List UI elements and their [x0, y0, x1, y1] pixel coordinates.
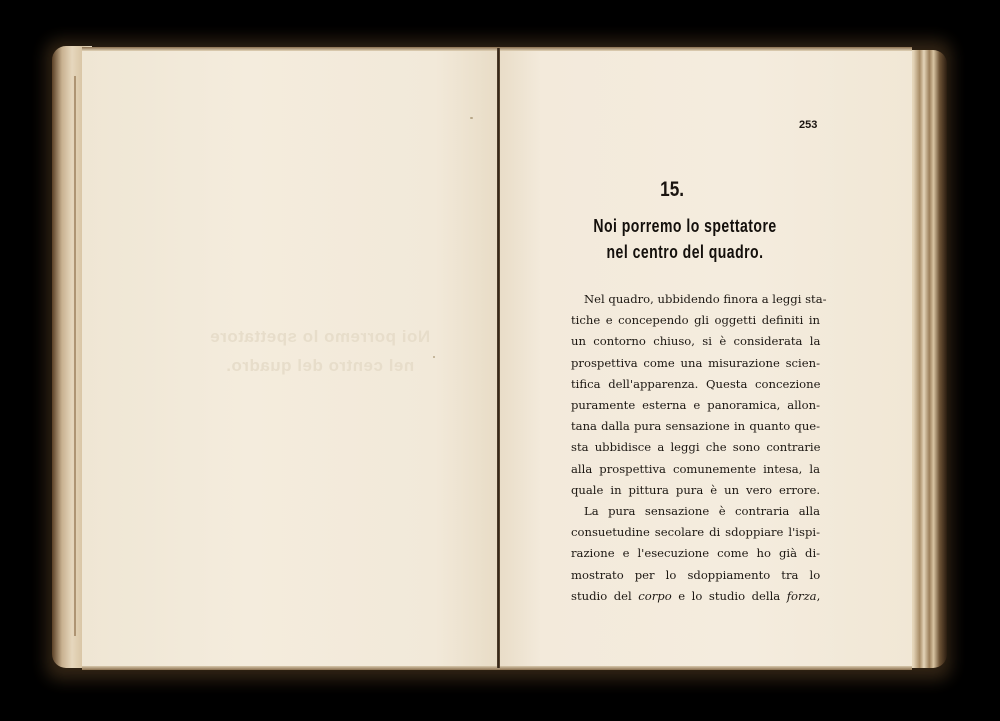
- text-fragment: e lo studio della: [672, 589, 787, 603]
- body-line: un contorno chiuso, si è considerata la: [571, 331, 820, 352]
- body-line: tana dalla pura sensazione in quanto que…: [571, 416, 820, 437]
- body-line: alla prospettiva comunemente intesa, la: [571, 459, 820, 480]
- chapter-number: 15.: [537, 178, 808, 202]
- body-line-last: studio del corpo e lo studio della forza…: [571, 586, 820, 607]
- chapter-title-line: Noi porremo lo spettatore: [588, 213, 783, 239]
- body-paragraphs: Nel quadro, ubbidendo finora a leggi sta…: [571, 289, 820, 607]
- left-page-show-through: Noi porremo lo spettatore nel centro del…: [205, 322, 435, 380]
- body-line: prospettiva come una misurazione scien-: [571, 353, 820, 374]
- body-line: tiche e concependo gli oggetti definiti …: [571, 310, 820, 331]
- body-line: tifica dell'apparenza. Questa concezione: [571, 374, 820, 395]
- show-through-line: Noi porremo lo spettatore: [205, 322, 435, 351]
- chapter-title-line: nel centro del quadro.: [588, 239, 783, 265]
- text-fragment: ,: [817, 589, 821, 603]
- text-fragment: studio del: [571, 589, 638, 603]
- show-through-line: nel centro del quadro.: [205, 351, 435, 380]
- italic-word-forza: forza: [787, 589, 817, 603]
- body-line: sta ubbidisce a leggi che sono contrarie: [571, 437, 820, 458]
- book-gutter: [497, 48, 500, 668]
- body-line: Nel quadro, ubbidendo finora a leggi sta…: [571, 289, 820, 310]
- italic-word-corpo: corpo: [638, 589, 671, 603]
- body-line: razione e l'esecuzione come ho già di-: [571, 543, 820, 564]
- page-number: 253: [799, 119, 817, 131]
- chapter-title: Noi porremo lo spettatore nel centro del…: [588, 213, 783, 265]
- body-line: La pura sensazione è contraria alla: [571, 501, 820, 522]
- paper-speck: [470, 117, 473, 119]
- body-line: puramente esterna e panoramica, allon-: [571, 395, 820, 416]
- body-line: consuetudine secolare di sdoppiare l'isp…: [571, 522, 820, 543]
- body-line: mostrato per lo sdoppiamento tra lo: [571, 565, 820, 586]
- body-line: quale in pittura pura è un vero errore.: [571, 480, 820, 501]
